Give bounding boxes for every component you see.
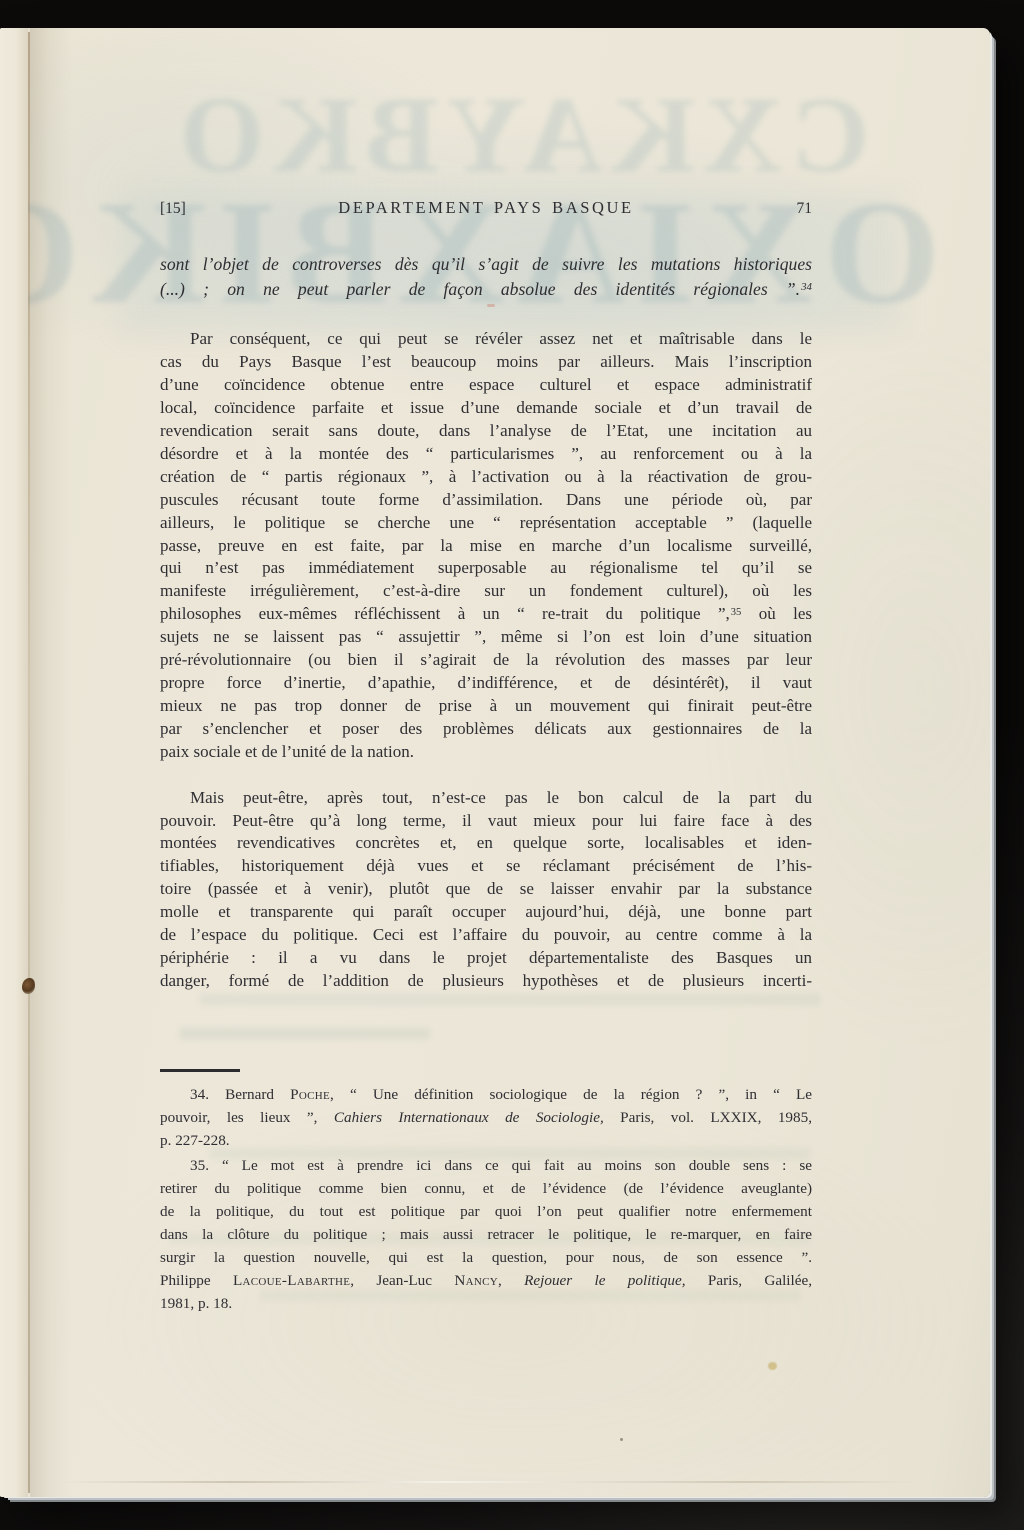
running-head: [15] DEPARTEMENT PAYS BASQUE 71 (160, 198, 812, 218)
text-line: paix sociale et de l’unité de la nation. (160, 741, 812, 764)
text-column: [15] DEPARTEMENT PAYS BASQUE 71 sont l’o… (160, 28, 812, 1315)
gutter-shadow (30, 28, 72, 1497)
text-line: retirer du politique comme bien connu, e… (160, 1177, 812, 1200)
text-line: toire (passée et à venir), plutôt que de… (160, 878, 812, 901)
text-line: ailleurs, le politique se cherche une “ … (160, 512, 812, 535)
text-line: 1981, p. 18. (160, 1292, 812, 1315)
text-line: propre force d’inertie, d’apathie, d’ind… (160, 672, 812, 695)
footnotes-block: 34. Bernard Poche, “ Une définition soci… (160, 1083, 812, 1315)
text-line: surgir la question nouvelle, qui est la … (160, 1246, 812, 1269)
text-line: montées revendicatives concrètes et, en … (160, 832, 812, 855)
text-line: tifiables, historiquement déjà vues et s… (160, 855, 812, 878)
footnote-separator-rule (160, 1069, 240, 1072)
footnote-35: 35. “ Le mot est à prendre ici dans ce q… (160, 1154, 812, 1315)
text-line: 34. Bernard Poche, “ Une définition soci… (160, 1083, 812, 1106)
text-line: de l’espace du politique. Ceci est l’aff… (160, 924, 812, 947)
text-line: pouvoir. Peut-être qu’à long terme, il v… (160, 810, 812, 833)
paper-speck (768, 1362, 777, 1370)
text-line: mieux ne pas trop donner de prise à un m… (160, 695, 812, 718)
text-line: molle et transparente qui paraît occuper… (160, 901, 812, 924)
text-line: philosophes eux-mêmes réfléchissent à un… (160, 603, 812, 626)
facing-page-edge (0, 28, 28, 1497)
running-title: DEPARTEMENT PAYS BASQUE (338, 198, 633, 218)
text-line: désordre et à la montée des “ particular… (160, 443, 812, 466)
text-line: de la politique, du tout est politique p… (160, 1200, 812, 1223)
text-line: sujets ne se laissent pas “ assujettir ”… (160, 626, 812, 649)
body-paragraph-1: Par conséquent, ce qui peut se révéler a… (160, 328, 812, 763)
epigraph-quote: sont l’objet de controverses dès qu’il s… (160, 252, 812, 302)
text-line: Mais peut-être, après tout, n’est-ce pas… (160, 787, 812, 810)
text-line: Philippe Lacoue-Labarthe, Jean-Luc Nancy… (160, 1269, 812, 1292)
text-line: manifeste irrégulièrement, c’est-à-dire … (160, 580, 812, 603)
text-line: création de “ partis régionaux ”, à l’ac… (160, 466, 812, 489)
text-line: qui n’est pas immédiatement superposable… (160, 557, 812, 580)
page-number: 71 (634, 200, 812, 218)
text-line: local, coïncidence parfaite et issue d’u… (160, 397, 812, 420)
text-line: par s’enclencher et poser des problèmes … (160, 718, 812, 741)
text-line: dans la clôture du politique ; mais auss… (160, 1223, 812, 1246)
paper-wrinkle (60, 1481, 920, 1483)
footnote-34: 34. Bernard Poche, “ Une définition soci… (160, 1083, 812, 1152)
text-line: (...) ; on ne peut parler de façon absol… (160, 277, 812, 302)
text-line: cas du Pays Basque l’est beaucoup moins … (160, 351, 812, 374)
text-line: danger, formé de l’addition de plusieurs… (160, 970, 812, 993)
scan-background: CXKAYBKO OXIAXBIKO [15] DEPARTEMENT PAYS… (0, 0, 1024, 1530)
text-line: pré-révolutionnaire (ou bien il s’agirai… (160, 649, 812, 672)
text-line: sont l’objet de controverses dès qu’il s… (160, 252, 812, 277)
text-line: d’une coïncidence obtenue entre espace c… (160, 374, 812, 397)
text-line: 35. “ Le mot est à prendre ici dans ce q… (160, 1154, 812, 1177)
text-line: revendication serait sans doute, dans l’… (160, 420, 812, 443)
text-line: Par conséquent, ce qui peut se révéler a… (160, 328, 812, 351)
body-text: Par conséquent, ce qui peut se révéler a… (160, 328, 812, 992)
text-line: puscules récusant toute forme d’assimila… (160, 489, 812, 512)
text-line: périphérie : il a vu dans le projet dépa… (160, 947, 812, 970)
text-line: pouvoir, les lieux ”, Cahiers Internatio… (160, 1106, 812, 1129)
bracket-folio: [15] (160, 200, 338, 218)
text-line: p. 227-228. (160, 1129, 812, 1152)
text-line: passe, preuve en est faite, par la mise … (160, 535, 812, 558)
book-page: CXKAYBKO OXIAXBIKO [15] DEPARTEMENT PAYS… (0, 28, 990, 1497)
paper-speck (620, 1438, 623, 1441)
body-paragraph-2: Mais peut-être, après tout, n’est-ce pas… (160, 787, 812, 993)
